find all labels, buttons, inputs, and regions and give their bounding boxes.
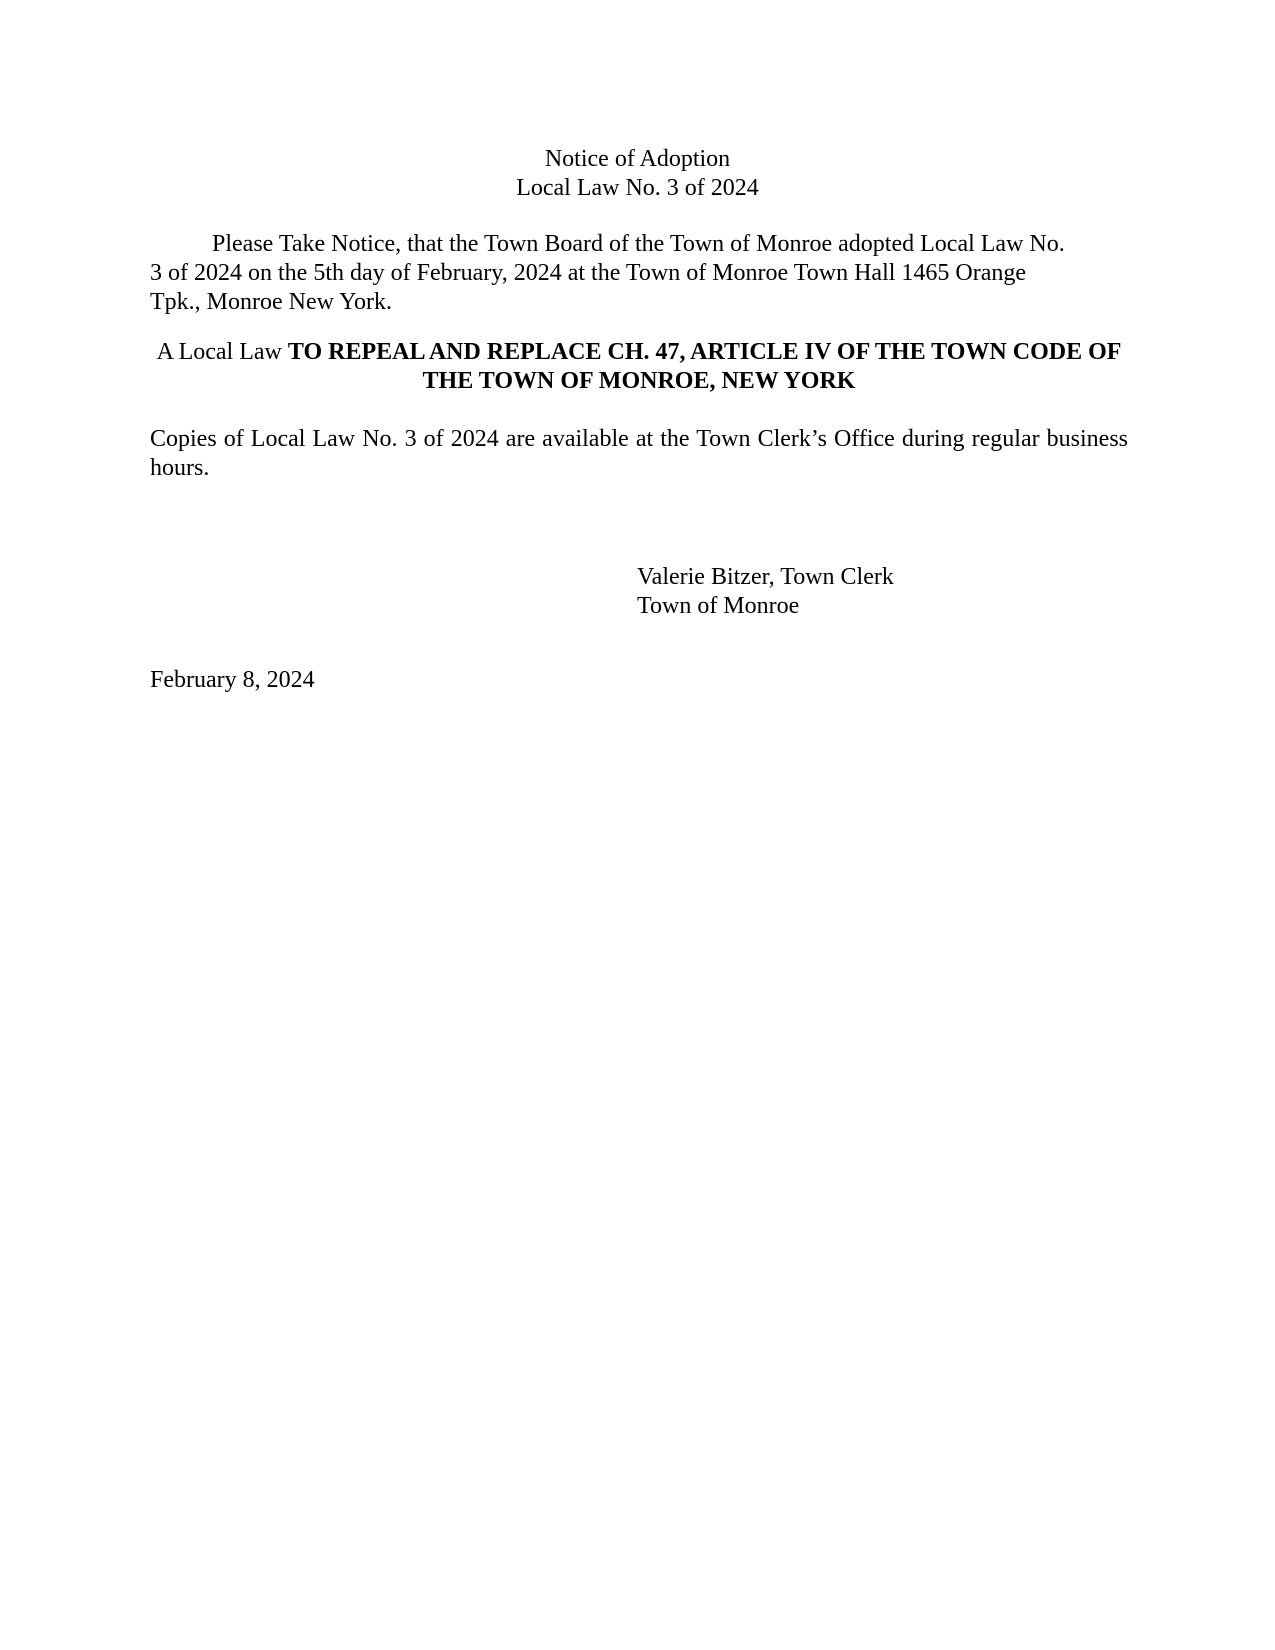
law-lead: A Local Law — [157, 339, 282, 365]
document-subtitle: Local Law No. 3 of 2024 — [0, 174, 1275, 203]
copies-paragraph: Copies of Local Law No. 3 of 2024 are av… — [150, 425, 1128, 483]
signature-block: Valerie Bitzer, Town Clerk Town of Monro… — [637, 563, 894, 621]
law-title: TO REPEAL AND REPLACE CH. 47, ARTICLE IV… — [288, 339, 1122, 394]
law-title-paragraph: A Local Law TO REPEAL AND REPLACE CH. 47… — [150, 338, 1128, 396]
document-page: Notice of Adoption Local Law No. 3 of 20… — [0, 0, 1275, 1650]
notice-line-1: Please Take Notice, that the Town Board … — [150, 230, 1130, 259]
notice-paragraph: Please Take Notice, that the Town Board … — [150, 230, 1130, 317]
document-title: Notice of Adoption — [0, 145, 1275, 174]
notice-line-3: Tpk., Monroe New York. — [150, 288, 1130, 317]
notice-line-2: 3 of 2024 on the 5th day of February, 20… — [150, 259, 1130, 288]
signature-org: Town of Monroe — [637, 592, 894, 621]
document-date: February 8, 2024 — [150, 666, 315, 695]
signature-name: Valerie Bitzer, Town Clerk — [637, 563, 894, 592]
